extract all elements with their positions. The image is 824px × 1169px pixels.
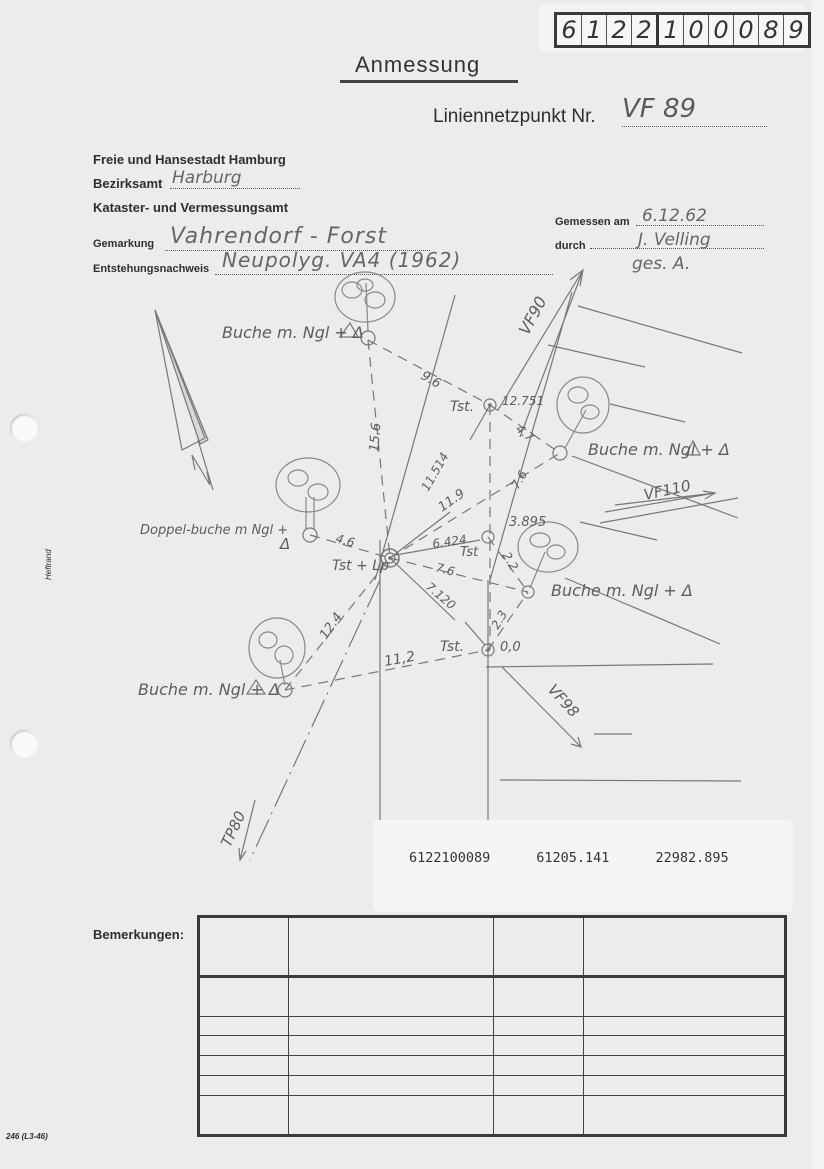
tp80-line	[250, 580, 380, 860]
remarks-cell	[289, 1096, 494, 1136]
coordinate-x: 61205.141	[536, 850, 609, 866]
remarks-row	[199, 1036, 786, 1056]
remarks-row	[199, 1096, 786, 1136]
svg-text:9.6: 9.6	[418, 368, 443, 391]
svg-text:3.895: 3.895	[509, 515, 546, 530]
svg-text:2.2: 2.2	[499, 550, 521, 574]
svg-text:VF110: VF110	[642, 476, 692, 503]
remarks-row	[199, 1056, 786, 1076]
remarks-cell	[199, 1076, 289, 1096]
svg-text:12.4: 12.4	[317, 610, 346, 642]
svg-text:Doppel-buche m Ngl +: Doppel-buche m Ngl +	[140, 523, 288, 538]
survey-sketch: Buche m. Ngl + Δ Buche m. Ngl + Δ Doppel…	[0, 0, 824, 900]
svg-text:7.120: 7.120	[423, 580, 459, 613]
remarks-cell	[289, 1056, 494, 1076]
remarks-cell	[199, 976, 289, 1016]
remarks-cell	[584, 1096, 786, 1136]
remarks-cell	[584, 1076, 786, 1096]
remarks-cell	[584, 917, 786, 977]
remarks-row	[199, 976, 786, 1016]
remarks-row	[199, 1076, 786, 1096]
remarks-cell	[199, 1096, 289, 1136]
remarks-label: Bemerkungen:	[93, 927, 184, 942]
svg-text:11.514: 11.514	[418, 450, 451, 493]
remarks-cell	[584, 1016, 786, 1036]
remarks-cell	[289, 1016, 494, 1036]
svg-text:Tst + Lp: Tst + Lp	[332, 558, 389, 574]
remarks-cell	[494, 976, 584, 1016]
remarks-cell	[584, 976, 786, 1016]
svg-text:12.751: 12.751	[502, 394, 544, 408]
svg-text:Buche m. Ngl + Δ: Buche m. Ngl + Δ	[588, 440, 730, 459]
remarks-cell	[289, 976, 494, 1016]
remarks-cell	[494, 1056, 584, 1076]
coordinate-y: 22982.895	[655, 850, 728, 866]
svg-text:Buche m. Ngl + Δ: Buche m. Ngl + Δ	[138, 680, 280, 699]
svg-text:7.6: 7.6	[508, 468, 530, 492]
svg-text:15.6: 15.6	[367, 422, 384, 452]
form-number: 246 (L3-46)	[6, 1132, 48, 1141]
heftrand-label: Heftrand	[44, 549, 53, 580]
svg-text:Buche m. Ngl + Δ: Buche m. Ngl + Δ	[551, 581, 693, 600]
remarks-cell	[494, 1036, 584, 1056]
remarks-table	[197, 915, 787, 1137]
remarks-row	[199, 917, 786, 977]
remarks-cell	[494, 1016, 584, 1036]
svg-text:4.6: 4.6	[334, 531, 356, 550]
remarks-cell	[199, 917, 289, 977]
svg-text:Δ: Δ	[279, 535, 290, 553]
remarks-cell	[289, 917, 494, 977]
svg-text:0,0: 0,0	[500, 640, 521, 655]
remarks-row	[199, 1016, 786, 1036]
remarks-cell	[584, 1036, 786, 1056]
point-id: 6122100089	[409, 850, 490, 866]
svg-text:Buche m. Ngl + Δ: Buche m. Ngl + Δ	[222, 323, 364, 342]
remarks-cell	[289, 1076, 494, 1096]
svg-text:Tst: Tst	[460, 545, 479, 560]
coordinates-sticker: 6122100089 61205.141 22982.895	[373, 820, 793, 912]
remarks-cell	[289, 1036, 494, 1056]
remarks-cell	[494, 917, 584, 977]
svg-text:7.6: 7.6	[434, 560, 456, 579]
svg-text:4.7: 4.7	[513, 422, 537, 445]
svg-text:2.3: 2.3	[488, 608, 510, 632]
remarks-cell	[199, 1036, 289, 1056]
remarks-cell	[494, 1096, 584, 1136]
remarks-cell	[199, 1016, 289, 1036]
remarks-cell	[584, 1056, 786, 1076]
svg-text:11.9: 11.9	[436, 486, 468, 515]
remarks-cell	[494, 1076, 584, 1096]
svg-text:Tst.: Tst.	[440, 639, 464, 655]
svg-text:Tst.: Tst.	[450, 399, 474, 415]
remarks-cell	[199, 1056, 289, 1076]
svg-text:11,2: 11,2	[383, 649, 417, 670]
